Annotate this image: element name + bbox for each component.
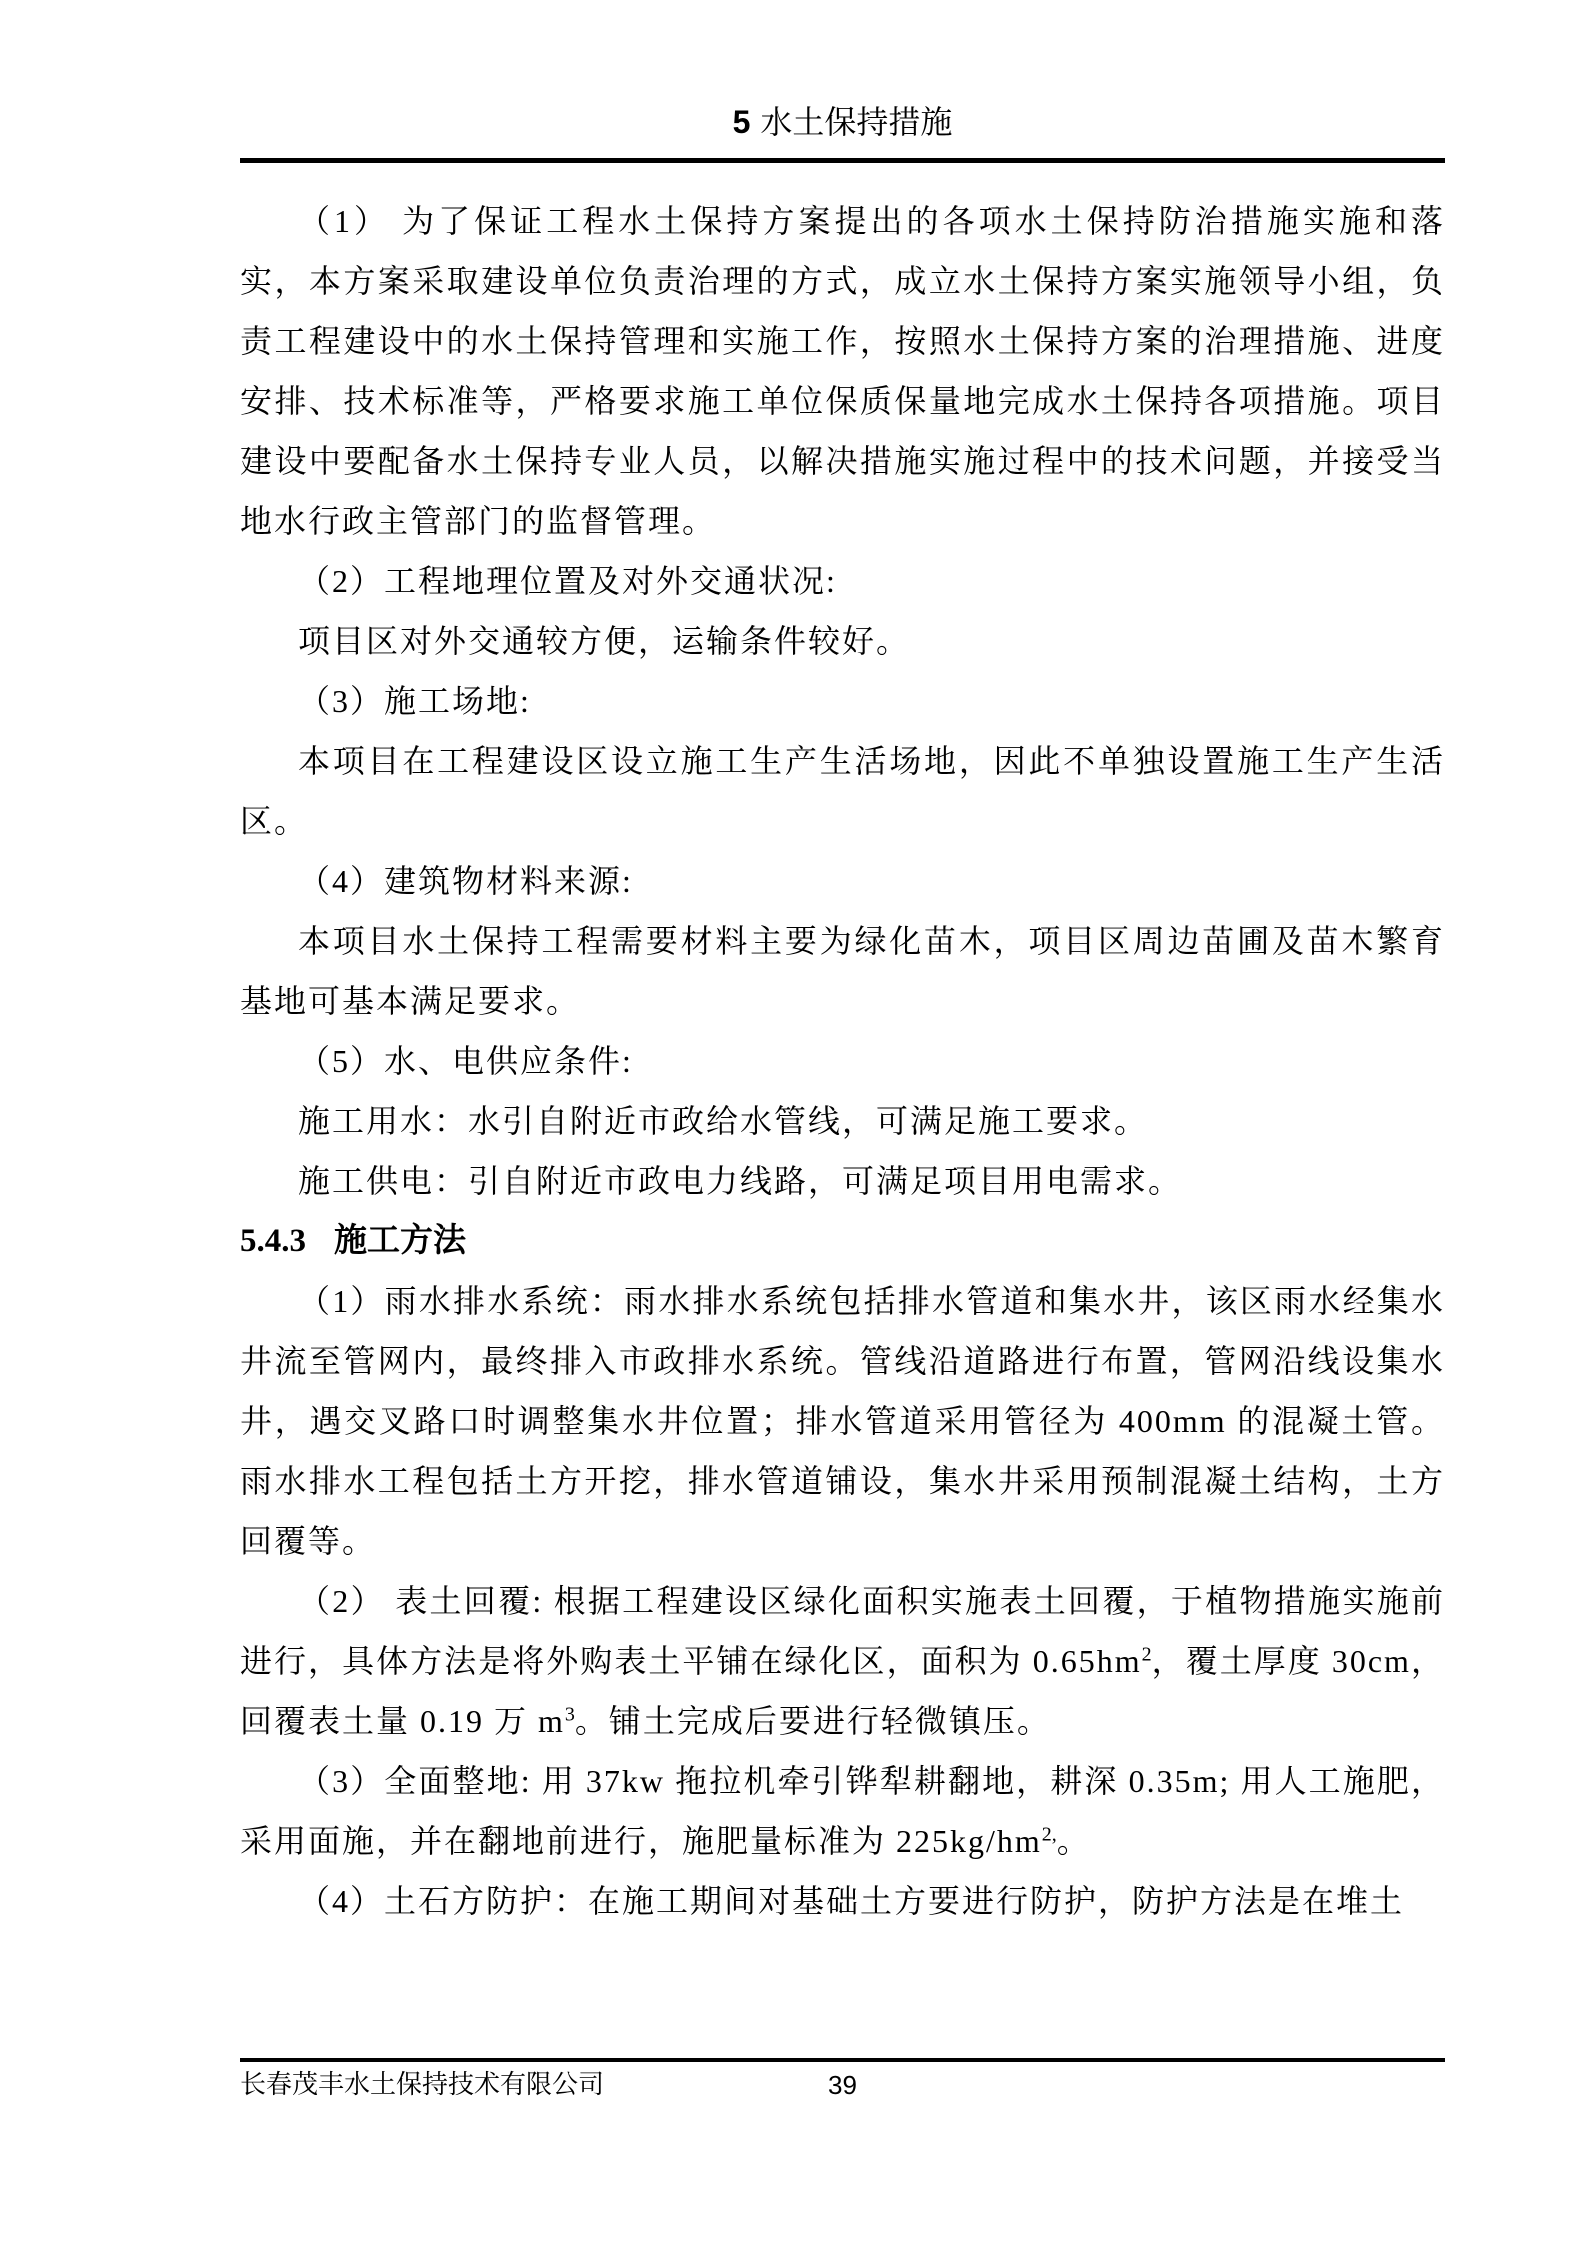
footer-rule bbox=[240, 2058, 1445, 2062]
paragraph: （5）水、电供应条件: bbox=[240, 1031, 1445, 1091]
paragraph: （1）雨水排水系统：雨水排水系统包括排水管道和集水井，该区雨水经集水井流至管网内… bbox=[240, 1271, 1445, 1571]
superscript: 2 bbox=[1142, 1643, 1152, 1665]
footer-row: 长春茂丰水土保持技术有限公司 39 bbox=[240, 2068, 1445, 2102]
paragraph: （3）施工场地: bbox=[240, 671, 1445, 731]
chapter-number: 5 bbox=[733, 104, 751, 140]
superscript: 2, bbox=[1042, 1823, 1057, 1845]
section-number: 5.4.3 bbox=[240, 1223, 306, 1259]
page-footer: 长春茂丰水土保持技术有限公司 39 bbox=[240, 2058, 1445, 2102]
page-header: 5水土保持措施 bbox=[240, 0, 1445, 142]
paragraph: 施工用水：水引自附近市政给水管线，可满足施工要求。 bbox=[240, 1091, 1445, 1151]
paragraph: （3）全面整地: 用 37kw 拖拉机牵引铧犁耕翻地，耕深 0.35m; 用人工… bbox=[240, 1751, 1445, 1871]
paragraph: （1） 为了保证工程水土保持方案提出的各项水土保持防治措施实施和落实，本方案采取… bbox=[240, 191, 1445, 551]
paragraph: 施工供电：引自附近市政电力线路，可满足项目用电需求。 bbox=[240, 1151, 1445, 1211]
paragraph: （2） 表土回覆: 根据工程建设区绿化面积实施表土回覆，于植物措施实施前进行，具… bbox=[240, 1571, 1445, 1751]
superscript: 3 bbox=[565, 1703, 575, 1725]
paragraph: （4）土石方防护：在施工期间对基础土方要进行防护，防护方法是在堆土 bbox=[240, 1871, 1445, 1931]
content-area: 5水土保持措施 （1） 为了保证工程水土保持方案提出的各项水土保持防治措施实施和… bbox=[240, 0, 1445, 1931]
section-title: 施工方法 bbox=[334, 1223, 466, 1259]
chapter-title: 水土保持措施 bbox=[760, 104, 952, 140]
document-page: 5水土保持措施 （1） 为了保证工程水土保持方案提出的各项水土保持防治措施实施和… bbox=[0, 0, 1587, 2245]
document-body: （1） 为了保证工程水土保持方案提出的各项水土保持防治措施实施和落实，本方案采取… bbox=[240, 191, 1445, 1931]
section-heading: 5.4.3施工方法 bbox=[240, 1211, 1445, 1271]
footer-page-number: 39 bbox=[240, 2068, 1445, 2102]
header-rule bbox=[240, 158, 1445, 163]
paragraph: 项目区对外交通较方便，运输条件较好。 bbox=[240, 611, 1445, 671]
paragraph: （4）建筑物材料来源: bbox=[240, 851, 1445, 911]
paragraph: 本项目水土保持工程需要材料主要为绿化苗木，项目区周边苗圃及苗木繁育基地可基本满足… bbox=[240, 911, 1445, 1031]
paragraph: 本项目在工程建设区设立施工生产生活场地，因此不单独设置施工生产生活区。 bbox=[240, 731, 1445, 851]
paragraph: （2）工程地理位置及对外交通状况: bbox=[240, 551, 1445, 611]
